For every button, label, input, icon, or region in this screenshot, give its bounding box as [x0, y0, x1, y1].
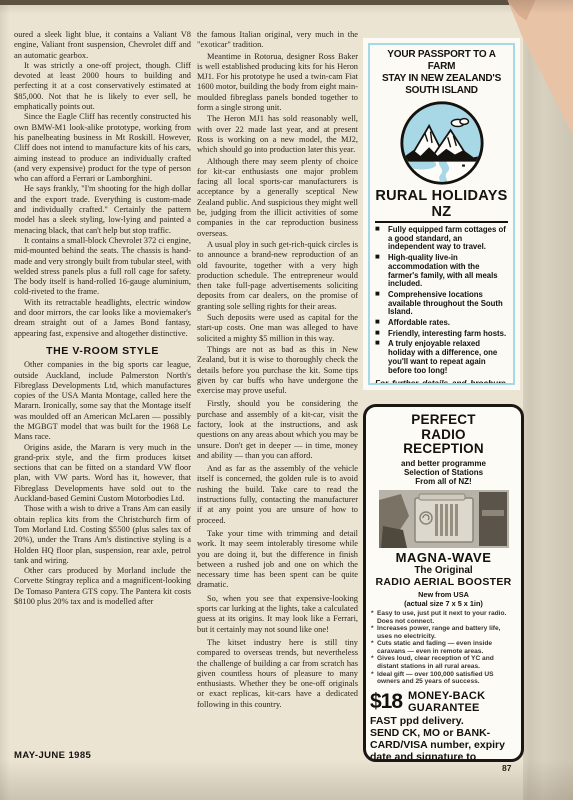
article-paragraph: Although there may seem plenty of choice…	[197, 157, 358, 239]
farm-ad-headline: YOUR PASSPORT TO A FARM STAY IN NEW ZEAL…	[375, 49, 508, 97]
asterisk-bullet-icon: *	[371, 655, 374, 663]
farm-stay-ad: YOUR PASSPORT TO A FARM STAY IN NEW ZEAL…	[363, 38, 520, 390]
article-paragraph: He says frankly, "I'm shooting for the h…	[14, 184, 191, 235]
radio-ad-guarantee-line: MONEY-BACK	[408, 690, 485, 702]
farm-ad-headline-line: SOUTH ISLAND	[375, 85, 508, 97]
radio-ad-subheadline-line: Selection of Stations	[370, 468, 517, 477]
article-column-1: oured a sleek light blue, it contains a …	[14, 30, 191, 742]
radio-ad-product-tagline: The Original	[370, 565, 517, 576]
radio-ad-order-instructions: SEND CK, MO or BANK-CARD/VISA number, ex…	[370, 727, 517, 762]
radio-ad-subheadline-line: From all of NZ!	[370, 477, 517, 486]
article-paragraph: And as far as the assembly of the vehicl…	[197, 464, 358, 526]
article-paragraph: With its retractable headlights, electri…	[14, 298, 191, 339]
advert-column: YOUR PASSPORT TO A FARM STAY IN NEW ZEAL…	[363, 38, 520, 762]
article-paragraph: Other companies in the big sports car le…	[14, 360, 191, 442]
radio-ad-guarantee-line: GUARANTEE	[408, 702, 485, 714]
radio-ad-headline: PERFECT RADIO RECEPTION	[370, 413, 517, 457]
article-paragraph: Meantime in Rotorua, designer Ross Baker…	[197, 52, 358, 114]
radio-ad-delivery: FAST ppd delivery.	[370, 715, 517, 727]
farm-ad-brand: RURAL HOLIDAYS NZ	[375, 188, 508, 223]
radio-ad-bullet-text: Easy to use, just put it next to your ra…	[377, 610, 506, 625]
farm-ad-bullet: ■Comprehensive locations available throu…	[375, 291, 508, 317]
section-heading: THE V-ROOM STYLE	[14, 346, 191, 356]
asterisk-bullet-icon: *	[371, 610, 374, 618]
square-bullet-icon: ■	[375, 290, 380, 299]
page-number: 87	[502, 763, 511, 773]
square-bullet-icon: ■	[375, 339, 380, 348]
farm-ad-bullet-text: Affordable rates.	[388, 318, 450, 327]
asterisk-bullet-icon: *	[371, 671, 374, 679]
asterisk-bullet-icon: *	[371, 625, 374, 633]
asterisk-bullet-icon: *	[371, 640, 374, 648]
radio-ad-bullet: *Cuts static and fading — even inside ca…	[370, 640, 517, 655]
square-bullet-icon: ■	[375, 253, 380, 262]
radio-ad-bullet: *Gives loud, clear reception of YC and d…	[370, 655, 517, 670]
article-paragraph: Firstly, should you be considering the p…	[197, 399, 358, 461]
farm-ad-bullet: ■Affordable rates.	[375, 319, 508, 328]
farm-ad-bullet-text: A truly enjoyable relaxed holiday with a…	[388, 339, 497, 374]
radio-ad-bullet-list: *Easy to use, just put it next to your r…	[370, 610, 517, 686]
article-paragraph: Those with a wish to drive a Trans Am ca…	[14, 504, 191, 566]
radio-ad-bullet-text: Ideal gift — over 100,000 satisfied US o…	[377, 671, 494, 686]
article-paragraph: Things are not as bad as this in New Zea…	[197, 345, 358, 396]
square-bullet-icon: ■	[375, 225, 380, 234]
farm-ad-bullet-text: High-quality live-in accommodation with …	[388, 253, 498, 288]
article-paragraph: It contains a small-block Chevrolet 372 …	[14, 236, 191, 298]
article-paragraph: The kitset industry here is still tiny c…	[197, 638, 358, 710]
radio-ad-bullet: *Ideal gift — over 100,000 satisfied US …	[370, 671, 517, 686]
farm-ad-bullet: ■Friendly, interesting farm hosts.	[375, 330, 508, 339]
radio-ad-price-row: $18 MONEY-BACK GUARANTEE	[370, 690, 517, 714]
radio-ad-headline-line: RECEPTION	[370, 442, 517, 457]
article-paragraph: The Heron MJ1 has sold reasonably well, …	[197, 114, 358, 155]
radio-ad-headline-line: PERFECT	[370, 413, 517, 428]
farm-ad-headline-line: YOUR PASSPORT TO A FARM	[375, 49, 508, 73]
article-paragraph: Origins aside, the Mararn is very much i…	[14, 443, 191, 505]
square-bullet-icon: ■	[375, 329, 380, 338]
radio-ad-bullet: *Easy to use, just put it next to your r…	[370, 610, 517, 625]
farm-ad-bullet-text: Fully equipped farm cottages of a good s…	[388, 225, 506, 251]
radio-ad-product-block: MAGNA-WAVE The Original RADIO AERIAL BOO…	[370, 551, 517, 588]
farm-ad-bullet: ■Fully equipped farm cottages of a good …	[375, 226, 508, 252]
radio-ad-bullet: *Increases power, range and battery life…	[370, 625, 517, 640]
farm-ad-bullet: ■High-quality live-in accommodation with…	[375, 254, 508, 289]
radio-ad-product-name: MAGNA-WAVE	[370, 551, 517, 565]
farm-ad-bullet: ■A truly enjoyable relaxed holiday with …	[375, 340, 508, 375]
article-paragraph: Other cars produced by Morland include t…	[14, 566, 191, 607]
page-top-shadow	[0, 0, 545, 5]
article-paragraph: It was strictly a one-off project, thoug…	[14, 61, 191, 112]
article-paragraph: A usual ploy in such get-rich-quick circ…	[197, 240, 358, 312]
farm-ad-bullet-text: Comprehensive locations available throug…	[388, 290, 503, 316]
square-bullet-icon: ■	[375, 318, 380, 327]
farm-ad-bullet-text: Friendly, interesting farm hosts.	[388, 329, 506, 338]
radio-booster-ad: PERFECT RADIO RECEPTION and better progr…	[363, 404, 524, 762]
radio-ad-size-note: (actual size 7 x 5 x 1in)	[370, 600, 517, 608]
article-paragraph: Such deposits were used as capital for t…	[197, 313, 358, 344]
radio-ad-price: $18	[370, 690, 402, 714]
radio-ad-subheadline-line: and better programme	[370, 459, 517, 468]
article-paragraph: Since the Eagle Cliff has recently const…	[14, 112, 191, 184]
article-paragraph: Take your time with trimming and detail …	[197, 529, 358, 591]
farm-stay-ad-frame: YOUR PASSPORT TO A FARM STAY IN NEW ZEAL…	[368, 43, 515, 385]
mountain-lake-logo-icon	[399, 100, 485, 186]
farm-ad-contact-intro: For further details and brochure, please…	[375, 379, 508, 385]
farm-ad-bullet-list: ■Fully equipped farm cottages of a good …	[375, 226, 508, 375]
article-column-2: the famous Italian original, very much i…	[197, 30, 358, 710]
magazine-page: oured a sleek light blue, it contains a …	[0, 0, 573, 800]
farm-ad-headline-line: STAY IN NEW ZEALAND'S	[375, 73, 508, 85]
radio-ad-guarantee: MONEY-BACK GUARANTEE	[408, 690, 485, 714]
issue-date: MAY-JUNE 1985	[14, 750, 91, 761]
radio-ad-bullet-text: Increases power, range and battery life,…	[377, 625, 501, 640]
radio-ad-headline-line: RADIO	[370, 428, 517, 443]
radio-ad-bullet-text: Cuts static and fading — even inside car…	[377, 640, 492, 655]
radio-product-photo	[379, 490, 509, 548]
article-paragraph: the famous Italian original, very much i…	[197, 30, 358, 51]
radio-ad-product-type: RADIO AERIAL BOOSTER	[370, 576, 517, 588]
article-paragraph: So, when you see that expensive-looking …	[197, 594, 358, 635]
radio-ad-bullet-text: Gives loud, clear reception of YC and di…	[377, 655, 494, 670]
radio-ad-subheadline: and better programme Selection of Statio…	[370, 459, 517, 487]
article-paragraph: oured a sleek light blue, it contains a …	[14, 30, 191, 61]
